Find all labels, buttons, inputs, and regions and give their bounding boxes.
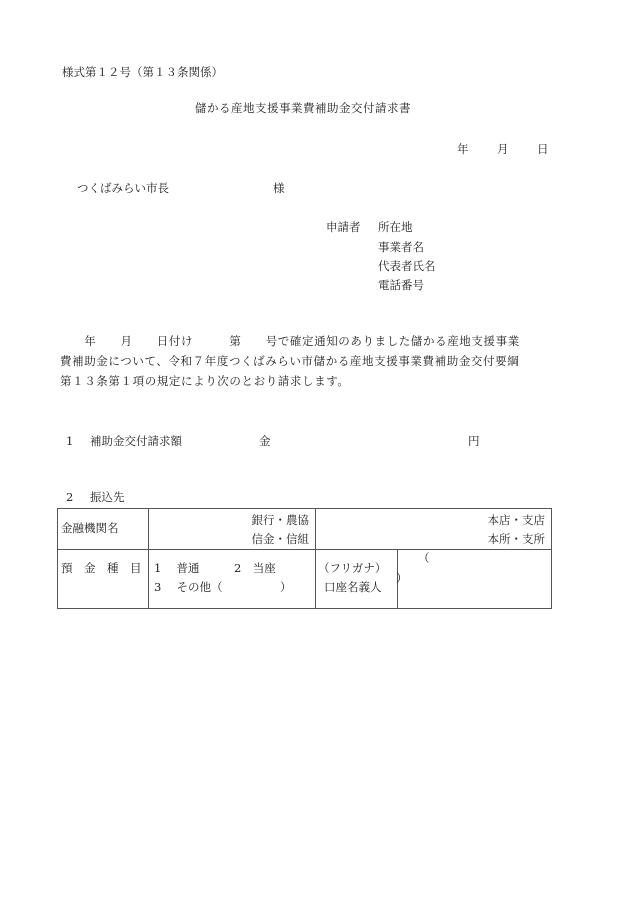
document-title: 儲かる産地支援事業費補助金交付請求書 bbox=[195, 103, 411, 115]
branch-types-line2: 本所・支所 bbox=[488, 534, 546, 546]
addressee-name: つくばみらい市長 bbox=[77, 183, 169, 195]
branch-name-cell[interactable]: 本店・支店 本所・支所 bbox=[316, 509, 552, 550]
date-month: 月 bbox=[497, 144, 509, 156]
institution-types-line2: 信金・信組 bbox=[252, 534, 310, 546]
date-day: 日 bbox=[537, 144, 549, 156]
body-paragraph: 年 月 日付け 第 号で確定通知のありました儲かる産地支援事業 費補助金について… bbox=[60, 331, 570, 391]
applicant-field-business-name: 事業者名 bbox=[378, 242, 424, 254]
furigana-open-paren: （ bbox=[418, 553, 430, 565]
deposit-options-cell[interactable]: 1 普通 2 当座 3 その他（ ） bbox=[149, 550, 316, 609]
furigana-label: （フリガナ） bbox=[318, 563, 386, 575]
institution-name-cell[interactable]: 銀行・農協 信金・信組 bbox=[149, 509, 316, 550]
applicant-field-representative: 代表者氏名 bbox=[378, 261, 436, 273]
section1-label: 補助金交付請求額 bbox=[90, 436, 182, 448]
date-year: 年 bbox=[457, 144, 469, 156]
applicant-label: 申請者 bbox=[326, 222, 361, 234]
amount-prefix: 金 bbox=[259, 436, 271, 448]
section1-number: 1 bbox=[66, 436, 73, 448]
addressee-honorific: 様 bbox=[273, 183, 285, 195]
amount-unit: 円 bbox=[468, 436, 480, 448]
form-number: 様式第１２号（第１３条関係） bbox=[62, 67, 223, 79]
deposit-options-line2[interactable]: 3 その他（ ） bbox=[154, 582, 291, 594]
applicant-field-address: 所在地 bbox=[378, 222, 413, 234]
institution-types-line1: 銀行・農協 bbox=[252, 515, 310, 527]
account-holder-label-cell: （フリガナ） 口座名義人 bbox=[316, 550, 398, 609]
institution-label-cell: 金融機関名 bbox=[58, 509, 149, 550]
applicant-field-phone: 電話番号 bbox=[378, 280, 424, 292]
institution-label: 金融機関名 bbox=[61, 523, 119, 535]
furigana-close-paren: ） bbox=[396, 573, 408, 585]
body-line-3: 第１３条第１項の規定により次のとおり請求します。 bbox=[60, 371, 570, 391]
body-line-1: 年 月 日付け 第 号で確定通知のありました儲かる産地支援事業 bbox=[60, 331, 570, 351]
bank-account-table: 金融機関名 銀行・農協 信金・信組 本店・支店 本所・支所 預 金 種 目 1 … bbox=[57, 508, 552, 609]
account-holder-cell[interactable]: （ ） bbox=[398, 550, 552, 609]
section2-number: 2 bbox=[66, 492, 73, 504]
deposit-type-label: 預 金 種 目 bbox=[61, 563, 142, 575]
account-holder-label: 口座名義人 bbox=[324, 582, 382, 594]
deposit-options-line1[interactable]: 1 普通 2 当座 bbox=[154, 563, 276, 575]
body-line-2: 費補助金について、令和７年度つくばみらい市儲かる産地支援事業費補助金交付要綱 bbox=[60, 351, 570, 371]
branch-types-line1: 本店・支店 bbox=[488, 515, 546, 527]
deposit-type-label-cell: 預 金 種 目 bbox=[58, 550, 149, 609]
section2-label: 振込先 bbox=[90, 492, 125, 504]
